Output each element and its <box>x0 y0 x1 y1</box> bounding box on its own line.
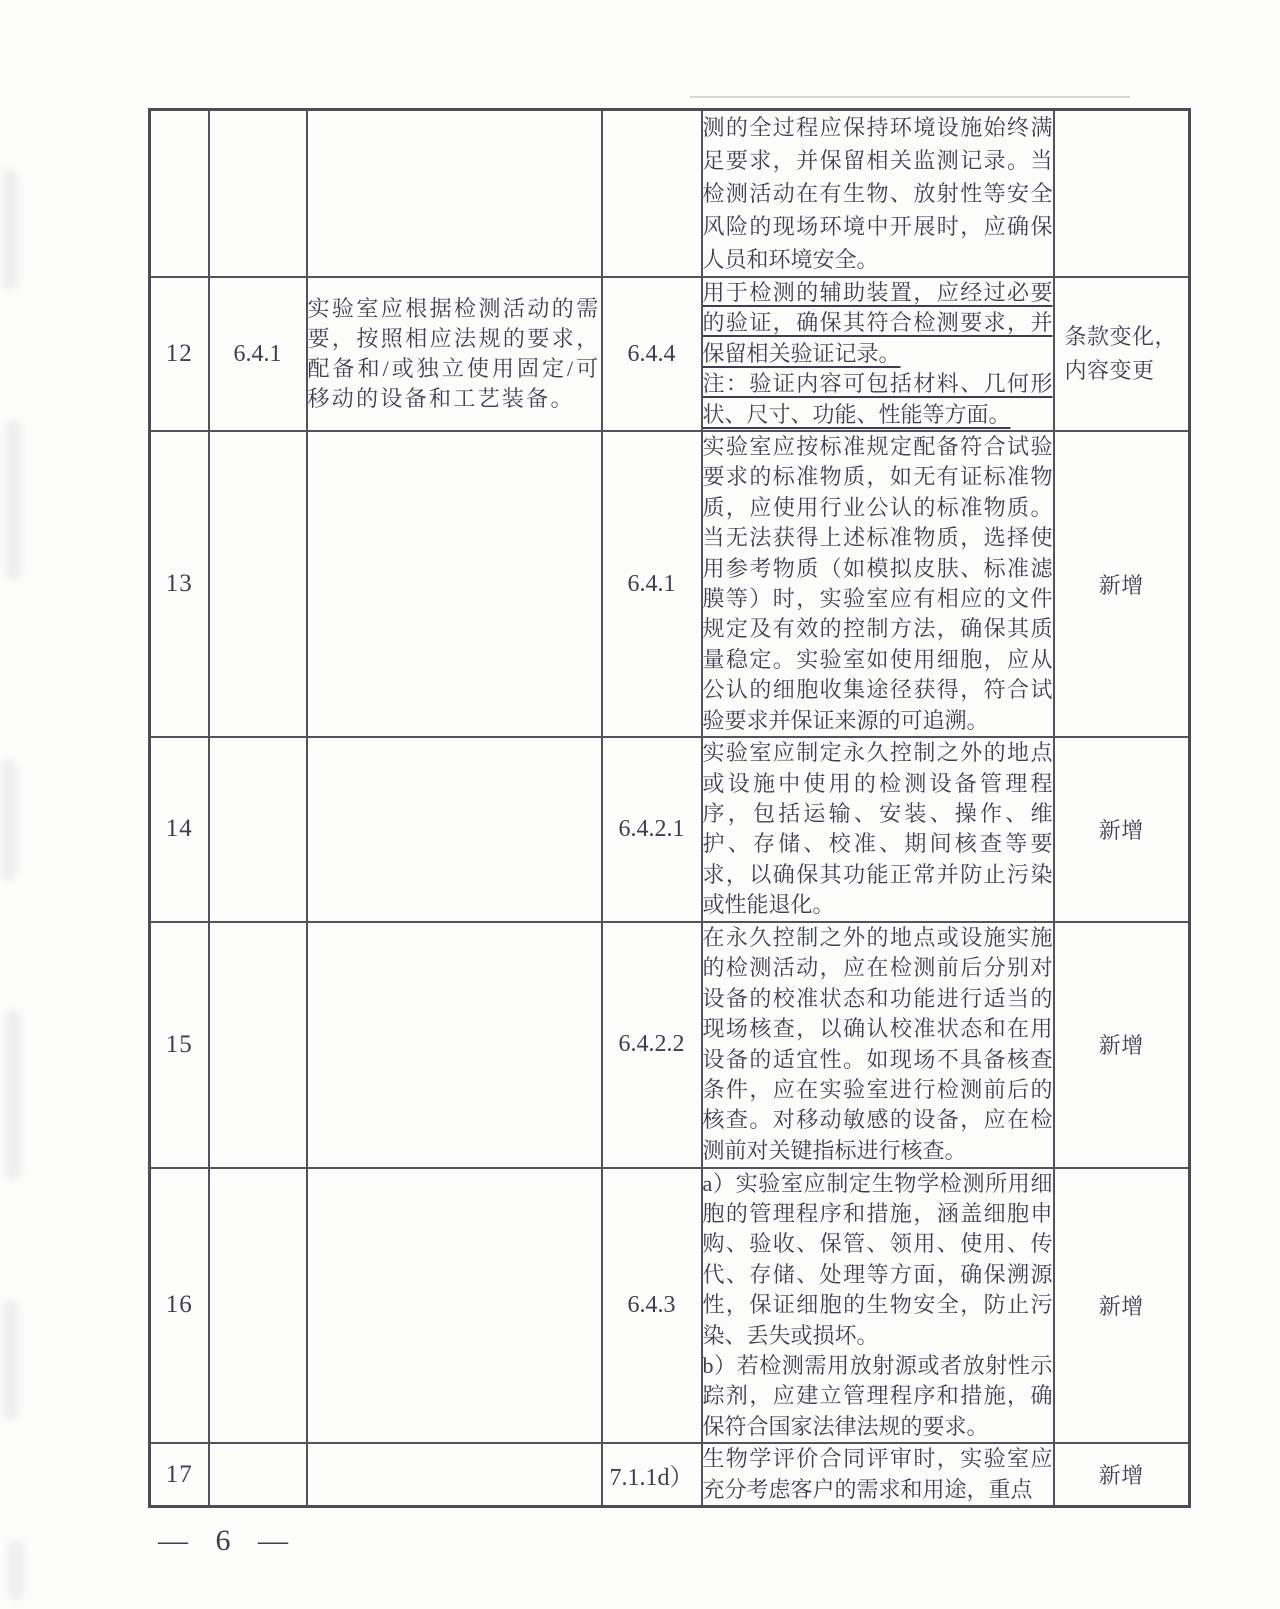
new-clause-cell: 6.4.1 <box>602 431 702 737</box>
status-cell: 条款变化，内容变更 <box>1054 277 1190 431</box>
new-text: 测的全过程应保持环境设施始终满足要求，并保留相关监测记录。当检测活动在有生物、放… <box>703 111 1053 276</box>
status-cell: 新增 <box>1054 1168 1190 1444</box>
row-number-cell: 15 <box>150 922 209 1168</box>
new-text-cell: 在永久控制之外的地点或设施实施的检测活动，应在检测前后分别对设备的校准状态和功能… <box>702 922 1054 1168</box>
table-row-14: 14 6.4.2.1 实验室应制定永久控制之外的地点或设施中使用的检测设备管理程… <box>150 737 1190 921</box>
new-text-note-underlined: 注：验证内容可包括材料、几何形状、尺寸、功能、性能等方面。 <box>703 369 1053 430</box>
status-cell: 新增 <box>1054 431 1190 737</box>
new-text-cell: 用于检测的辅助装置，应经过必要的验证，确保其符合检测要求，并保留相关验证记录。 … <box>702 277 1054 431</box>
old-clause-cell <box>209 431 307 737</box>
old-text: 实验室应根据检测活动的需要，按照相应法规的要求，配备和/或独立使用固定/可移动的… <box>308 294 601 414</box>
old-clause-cell <box>209 1443 307 1506</box>
new-text-cell: 实验室应制定永久控制之外的地点或设施中使用的检测设备管理程序，包括运输、安装、操… <box>702 737 1054 921</box>
table-row-17: 17 7.1.1d） 生物学评价合同评审时，实验室应充分考虑客户的需求和用途，重… <box>150 1443 1190 1506</box>
status-cell <box>1054 110 1190 278</box>
new-text-cell: 测的全过程应保持环境设施始终满足要求，并保留相关监测记录。当检测活动在有生物、放… <box>702 110 1054 278</box>
scan-artifact-smudge <box>8 1540 24 1600</box>
new-text-item-b: b）若检测需用放射源或者放射性示踪剂，应建立管理程序和措施，确保符合国家法律法规… <box>703 1351 1053 1442</box>
old-text-cell <box>307 737 602 921</box>
scan-artifact-smudge <box>2 1300 18 1420</box>
scan-artifact-smudge <box>5 1010 21 1180</box>
new-clause-cell <box>602 110 702 278</box>
row-number-cell <box>150 110 209 278</box>
table-row-continuation: 测的全过程应保持环境设施始终满足要求，并保留相关监测记录。当检测活动在有生物、放… <box>150 110 1190 278</box>
status-cell: 新增 <box>1054 737 1190 921</box>
old-text-cell <box>307 431 602 737</box>
document-page: 测的全过程应保持环境设施始终满足要求，并保留相关监测记录。当检测活动在有生物、放… <box>0 0 1280 1609</box>
new-text: 生物学评价合同评审时，实验室应充分考虑客户的需求和用途，重点 <box>703 1444 1053 1505</box>
new-clause-cell: 6.4.2.2 <box>602 922 702 1168</box>
new-text-underlined: 用于检测的辅助装置，应经过必要的验证，确保其符合检测要求，并保留相关验证记录。 <box>703 278 1053 369</box>
old-text-cell <box>307 1168 602 1444</box>
scan-artifact-line <box>690 96 1130 98</box>
new-text: 实验室应制定永久控制之外的地点或设施中使用的检测设备管理程序，包括运输、安装、操… <box>703 738 1053 920</box>
new-text: 在永久控制之外的地点或设施实施的检测活动，应在检测前后分别对设备的校准状态和功能… <box>703 923 1053 1166</box>
new-text-item-a: a）实验室应制定生物学检测所用细胞的管理程序和措施，涵盖细胞申购、验收、保管、领… <box>703 1169 1053 1351</box>
new-text-cell: a）实验室应制定生物学检测所用细胞的管理程序和措施，涵盖细胞申购、验收、保管、领… <box>702 1168 1054 1444</box>
standards-comparison-table: 测的全过程应保持环境设施始终满足要求，并保留相关监测记录。当检测活动在有生物、放… <box>148 108 1191 1508</box>
old-clause-cell <box>209 922 307 1168</box>
row-number-cell: 13 <box>150 431 209 737</box>
row-number-cell: 12 <box>150 277 209 431</box>
new-clause-cell: 6.4.4 <box>602 277 702 431</box>
status-cell: 新增 <box>1054 1443 1190 1506</box>
table-row-15: 15 6.4.2.2 在永久控制之外的地点或设施实施的检测活动，应在检测前后分别… <box>150 922 1190 1168</box>
table-row-16: 16 6.4.3 a）实验室应制定生物学检测所用细胞的管理程序和措施，涵盖细胞申… <box>150 1168 1190 1444</box>
page-number: — 6 — <box>158 1524 298 1558</box>
row-number-cell: 16 <box>150 1168 209 1444</box>
old-text-cell <box>307 110 602 278</box>
scan-artifact-smudge <box>2 170 18 290</box>
row-number-cell: 17 <box>150 1443 209 1506</box>
old-clause-cell <box>209 1168 307 1444</box>
table-row-12: 12 6.4.1 实验室应根据检测活动的需要，按照相应法规的要求，配备和/或独立… <box>150 277 1190 431</box>
new-clause-cell: 7.1.1d） <box>602 1443 702 1506</box>
old-clause-cell <box>209 737 307 921</box>
old-text-cell <box>307 922 602 1168</box>
new-clause-cell: 6.4.2.1 <box>602 737 702 921</box>
row-number-cell: 14 <box>150 737 209 921</box>
old-text-cell: 实验室应根据检测活动的需要，按照相应法规的要求，配备和/或独立使用固定/可移动的… <box>307 277 602 431</box>
scan-artifact-smudge <box>6 420 22 580</box>
status-cell: 新增 <box>1054 922 1190 1168</box>
old-clause-cell: 6.4.1 <box>209 277 307 431</box>
old-text-cell <box>307 1443 602 1506</box>
new-clause-cell: 6.4.3 <box>602 1168 702 1444</box>
new-text: 实验室应按标准规定配备符合试验要求的标准物质，如无有证标准物质，应使用行业公认的… <box>703 432 1053 736</box>
scan-artifact-smudge <box>1 760 17 880</box>
table-row-13: 13 6.4.1 实验室应按标准规定配备符合试验要求的标准物质，如无有证标准物质… <box>150 431 1190 737</box>
new-text-cell: 生物学评价合同评审时，实验室应充分考虑客户的需求和用途，重点 <box>702 1443 1054 1506</box>
new-text-cell: 实验室应按标准规定配备符合试验要求的标准物质，如无有证标准物质，应使用行业公认的… <box>702 431 1054 737</box>
old-clause-cell <box>209 110 307 278</box>
